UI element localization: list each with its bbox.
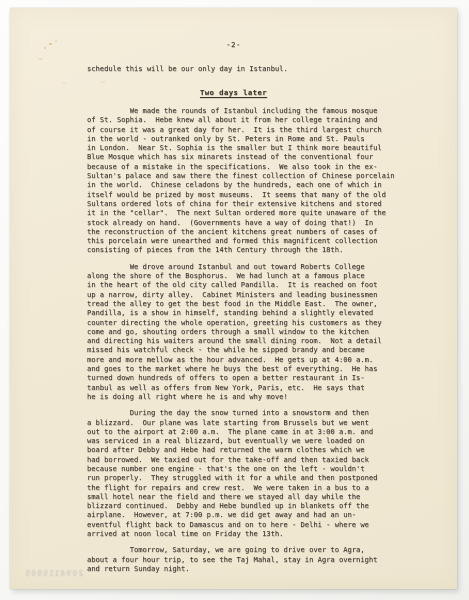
body-paragraph-4: Tomorrow, Saturday, we are going to driv… (87, 545, 417, 573)
intro-line: schedule this will be our only day in Is… (87, 64, 288, 73)
document-page: -2- schedule this will be our only day i… (10, 8, 457, 589)
page-number: -2- (10, 40, 457, 49)
letter-body: We made the rounds of Istanbul including… (87, 106, 417, 580)
body-paragraph-1: We made the rounds of Istanbul including… (87, 106, 417, 255)
paper-speck (62, 82, 66, 84)
body-paragraph-3: During the day the snow turned into a sn… (87, 408, 417, 538)
paper-speck (100, 81, 106, 83)
paper-speck (38, 58, 43, 60)
body-paragraph-2: We drove around Istanbul and out toward … (87, 262, 417, 401)
section-heading: Two days later (10, 88, 457, 97)
show-through-watermark: 2094115905 (24, 569, 83, 578)
scan-background: -2- schedule this will be our only day i… (0, 0, 469, 600)
